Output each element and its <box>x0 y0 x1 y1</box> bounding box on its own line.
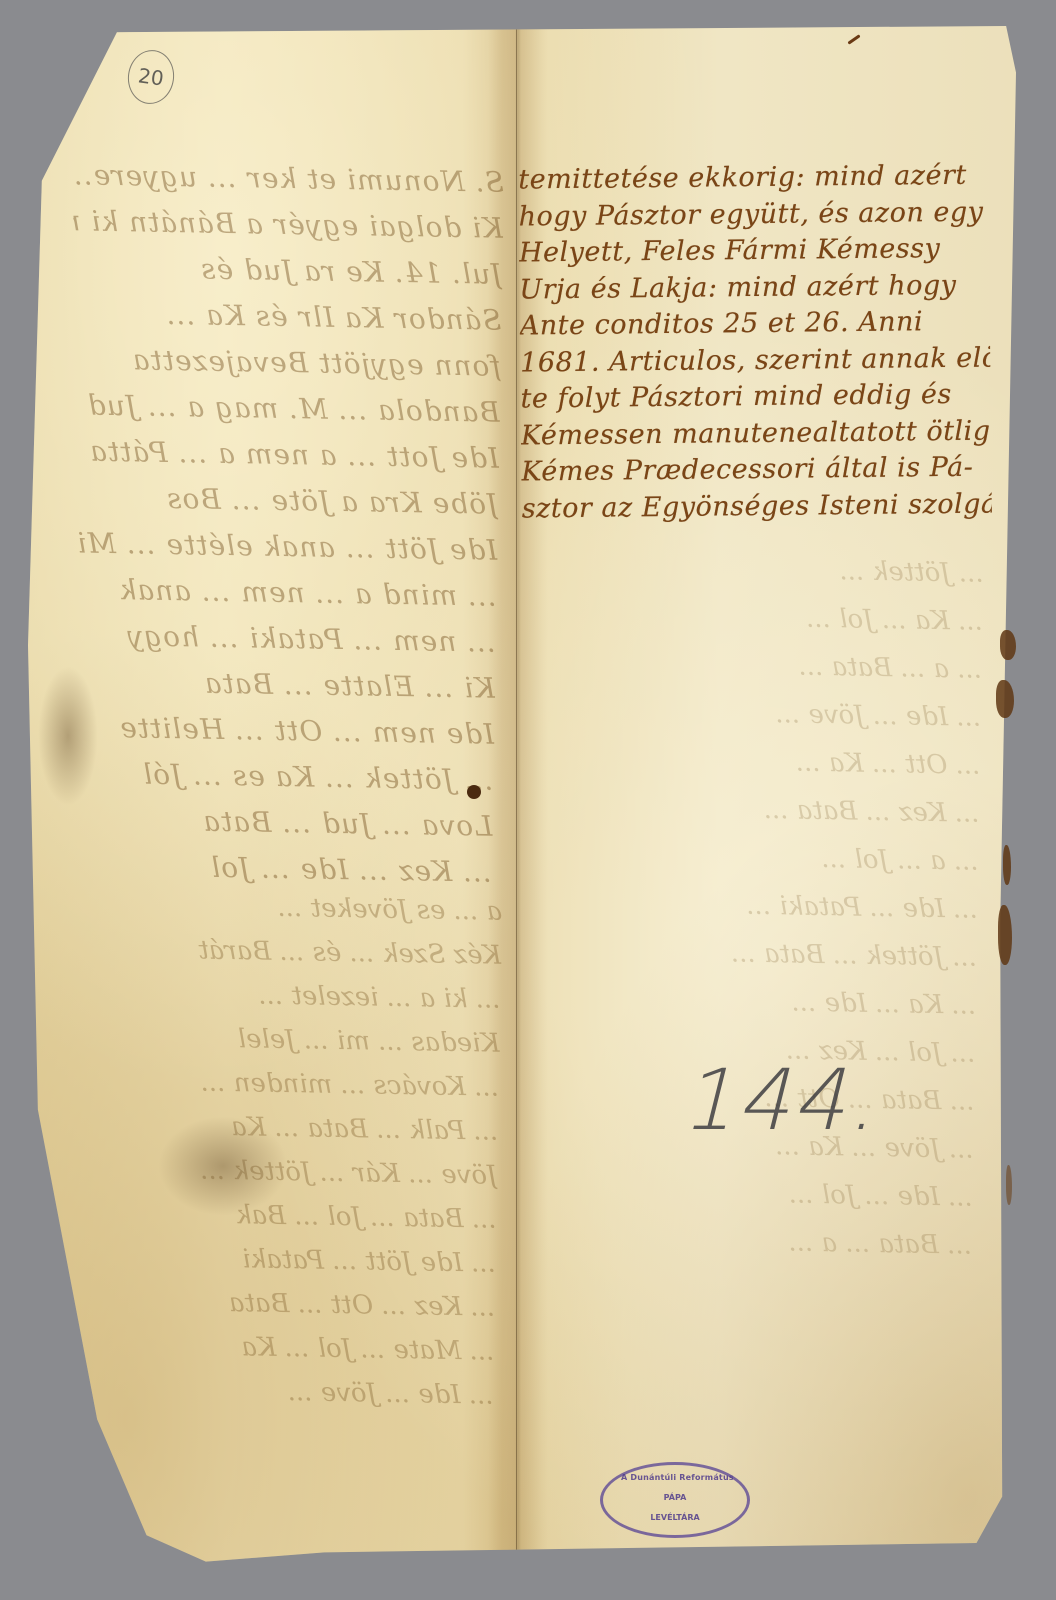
bleed-line: Ki ... Elatte ... Bata <box>65 658 496 711</box>
folded-corner <box>58 1516 138 1596</box>
stamp-arc-text: A Dunántúli Református Egyházkerület <box>621 1473 733 1482</box>
manuscript-line: sztor az Egyönséges Isteni szolgálat <box>522 486 992 527</box>
bleed-line: ... Jöttek ... Ka es ... Jól <box>63 750 494 803</box>
bleed-line: Lova ... Jud ... Bata <box>62 796 493 849</box>
stamp-archive-text: LEVÉLTÁRA <box>603 1513 747 1522</box>
manuscript-line: Urja és Lakja: mind azért hogy <box>519 267 989 308</box>
bleed-line: ... Ide ... Jol ... <box>543 1166 974 1221</box>
bleed-line: ... Ide ... Pataki ... <box>548 878 979 933</box>
bleed-line: ... Palk ... Bata ... Ka <box>68 1102 499 1153</box>
bleed-line: Jöbe Kra a Jöte ... Bos <box>68 474 499 527</box>
bleed-line: Ki dolgai egyér a Bánátn ki nek <box>73 198 504 251</box>
manuscript-line: Ante conditos 25 et 26. Anni <box>520 304 990 345</box>
bleed-line: ... Ka ... Ide ... <box>546 974 977 1029</box>
ink-blot <box>467 785 481 799</box>
bleed-line: Jul. 14. Ke ra Jud és <box>72 244 503 297</box>
bleed-line: Bandola ... M. mag a ... Jud <box>70 382 501 435</box>
manuscript-line: Helyett, Feles Fármi Kémessy <box>519 231 989 272</box>
bleed-line: a ... es Jöveket ... <box>72 882 503 933</box>
pencil-page-number: 144. <box>678 1058 894 1142</box>
bleed-line: ... Kez ... Ott ... Bata <box>65 1278 496 1329</box>
bleed-line: ... mind a ... nem ... anak <box>66 566 497 619</box>
bleed-line: S. Nonumi et ker ... ugyere... <box>74 152 505 205</box>
handwritten-text-block: temittetése ekkorig: mind azért hogy Pás… <box>518 158 992 528</box>
archive-stamp: A Dunántúli Református Egyházkerület PÁP… <box>600 1462 750 1538</box>
bleed-line: Kéz Szek ... és ... Barát <box>71 926 502 977</box>
bleed-through-text-upper-left: S. Nonumi et ker ... ugyere... Ki dolgai… <box>62 152 505 895</box>
bleed-line: ... nem ... Pataki ... hogy <box>66 612 497 665</box>
bleed-line: ... Ide Jött ... Pataki <box>66 1234 497 1285</box>
stamp-city-text: PÁPA <box>603 1493 747 1502</box>
bleed-line: ... Jöttek ... Bata ... <box>547 926 978 981</box>
bleed-line: ... Ott ... Ka ... <box>550 734 981 789</box>
ink-smudge <box>158 1116 288 1216</box>
bleed-line: ... Bata ... Jol ... Bak <box>66 1190 497 1241</box>
manuscript-line: temittetése ekkorig: mind azért <box>518 158 988 199</box>
manuscript-line: te folyt Pásztori mind eddig és <box>520 377 990 418</box>
bleed-line: Kiedas ... mi ... Jelel <box>70 1014 501 1065</box>
bleed-line: ... Jöttek ... <box>553 542 984 597</box>
bleed-line: Ide Jött ... anak elétte ... Mi <box>67 520 498 573</box>
manuscript-line: Kémessen manutenealtatott ötliget <box>521 413 991 454</box>
manuscript-line: 1681. Articulos, szerint annak elöt- <box>520 340 990 381</box>
bleed-line: ... Kez ... Bata ... <box>549 782 980 837</box>
edge-stain <box>1006 1165 1012 1205</box>
bleed-line: ... a ... Jol ... <box>548 830 979 885</box>
bleed-line: Ide Jott ... a nem a ... Pátta <box>69 428 500 481</box>
bleed-line: ... a ... Bata ... <box>552 638 983 693</box>
folio-number-text: 20 <box>137 63 166 90</box>
edge-stain <box>996 680 1014 718</box>
bleed-line: ... Kovács ... minden ... <box>69 1058 500 1109</box>
edge-stain <box>1003 845 1011 885</box>
bleed-line: ... ki a ... iezelet ... <box>70 970 501 1021</box>
manuscript-line: hogy Pásztor együtt, és azon egy <box>518 194 988 235</box>
manuscript-line: Kémes Prædecessori által is Pá- <box>521 450 991 491</box>
scan-background: S. Nonumi et ker ... ugyere... Ki dolgai… <box>0 0 1056 1600</box>
edge-stain <box>998 905 1012 965</box>
bleed-through-text-right: ... Jöttek ... ... Ka ... Jol ... ... a … <box>542 542 985 1269</box>
bleed-line: ... Ide ... Jöve ... <box>551 686 982 741</box>
fold-crease-line <box>516 26 517 1574</box>
ink-smudge <box>38 666 98 806</box>
bleed-line: Sándor Ka Ilr és Ka ... <box>71 290 502 343</box>
edge-stain <box>1000 630 1016 660</box>
bleed-line: Ide nem ... Ott ... Helitte <box>64 704 495 757</box>
bleed-line: ... Bata ... a ... <box>542 1214 973 1269</box>
bleed-line: fonn egyjött Bevajezetta <box>70 336 501 389</box>
bleed-line: ... Mate ... Jol ... Ka <box>64 1322 495 1373</box>
bleed-line: ... Ide ... Jöve ... <box>63 1366 494 1417</box>
bleed-line: ... Ka ... Jol ... <box>553 590 984 645</box>
